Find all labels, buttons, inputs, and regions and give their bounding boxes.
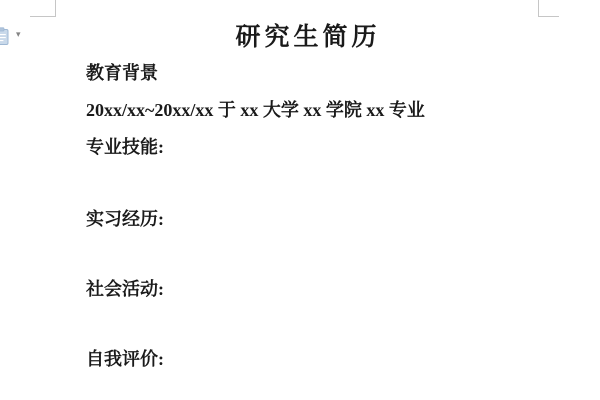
section-heading-education[interactable]: 教育背景 bbox=[86, 63, 158, 85]
text-boundary-mark-top-right-horizontal bbox=[538, 16, 559, 17]
section-heading-social-activities[interactable]: 社会活动: bbox=[86, 279, 164, 301]
section-heading-self-evaluation[interactable]: 自我评价: bbox=[86, 349, 164, 371]
text-boundary-mark-top-left-vertical bbox=[55, 0, 56, 16]
section-heading-internship[interactable]: 实习经历: bbox=[86, 209, 164, 231]
text-boundary-mark-top-right-vertical bbox=[538, 0, 539, 17]
text-boundary-mark-top-left-horizontal bbox=[30, 16, 56, 17]
document-canvas[interactable]: ▾ 研究生简历 教育背景 20xx/xx~20xx/xx 于 xx 大学 xx … bbox=[0, 0, 600, 400]
education-detail-line[interactable]: 20xx/xx~20xx/xx 于 xx 大学 xx 学院 xx 专业 bbox=[86, 100, 425, 122]
document-title[interactable]: 研究生简历 bbox=[8, 23, 600, 53]
section-heading-skills[interactable]: 专业技能: bbox=[86, 137, 164, 159]
